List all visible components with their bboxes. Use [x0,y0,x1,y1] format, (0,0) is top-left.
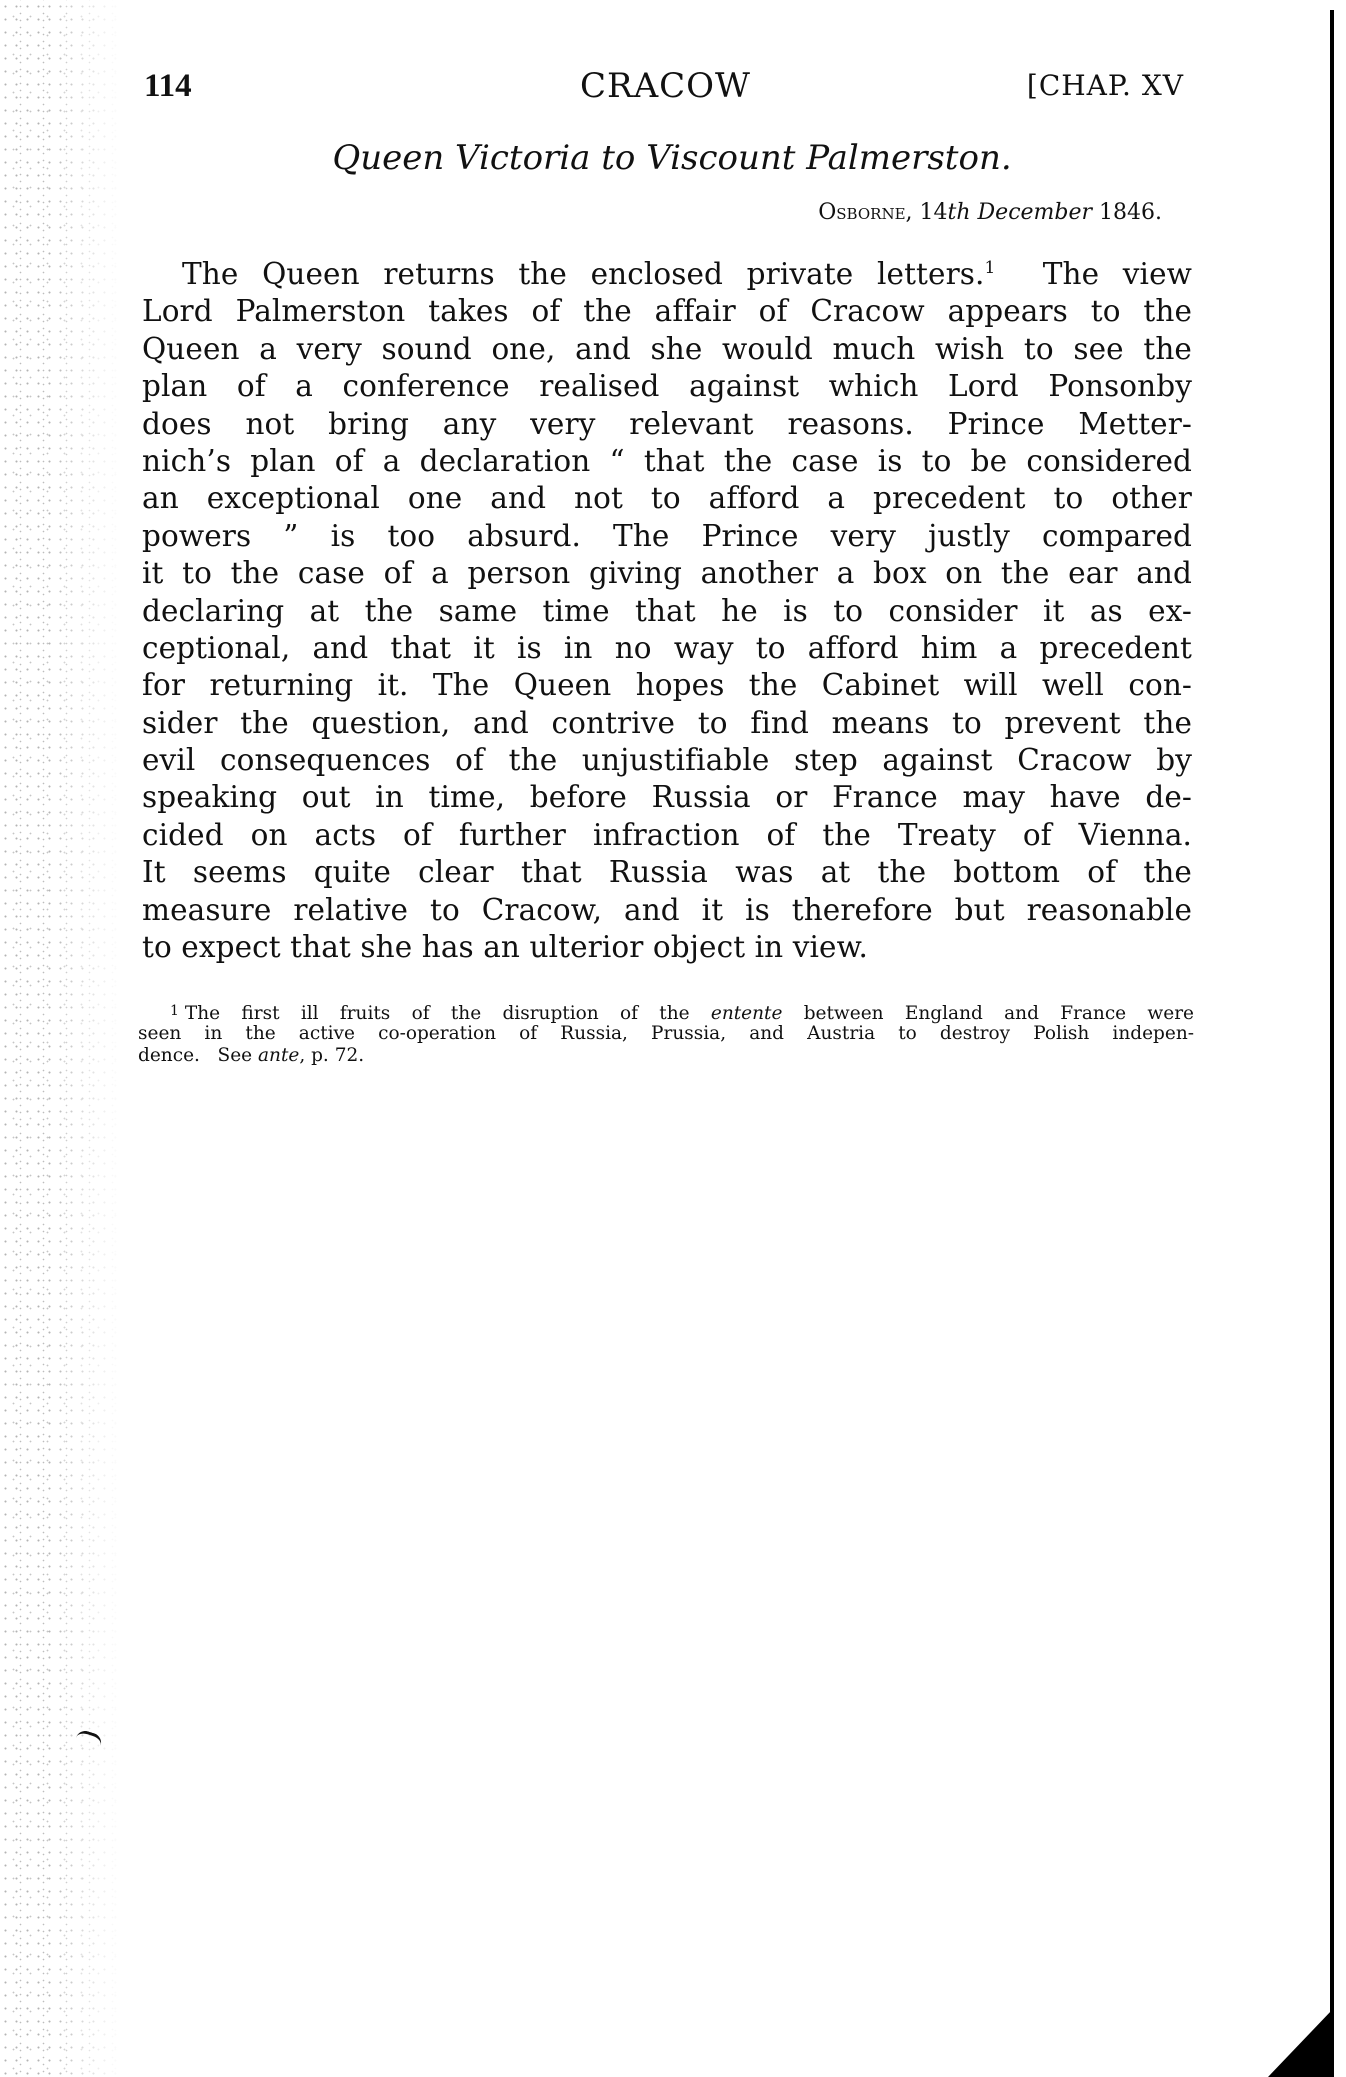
letter-heading: Queen Victoria to Viscount Palmerston. [142,136,1192,180]
body-line: it to the case of a person giving anothe… [142,555,1192,592]
running-title: CRACOW [580,68,751,104]
dateline-place: Osborne, [818,200,912,225]
footnote-line: seen in the active co-operation of Russi… [138,1023,1194,1046]
dateline-day: 14th [920,200,971,225]
page-edge-line [1330,10,1334,2077]
page-number: 114 [144,68,192,104]
running-head: 114 CRACOW [CHAP. XV [142,68,1192,104]
body-line: The Queen returns the enclosed private l… [142,256,1192,293]
body-line: Queen a very sound one, and she would mu… [142,331,1192,368]
body-line: It seems quite clear that Russia was at … [142,854,1192,891]
scan-noise-margin [0,0,120,2077]
body-line: ceptional, and that it is in no way to a… [142,630,1192,667]
body-line: plan of a conference realised against wh… [142,368,1192,405]
chapter-reference: [CHAP. XV [1027,68,1184,104]
body-line: for returning it. The Queen hopes the Ca… [142,667,1192,704]
body-line: does not bring any very relevant reasons… [142,406,1192,443]
footnote-line: 1The first ill fruits of the disruption … [138,1000,1194,1023]
body-line: sider the question, and contrive to find… [142,705,1192,742]
body-line: an exceptional one and not to afford a p… [142,480,1192,517]
letter-body: The Queen returns the enclosed private l… [142,256,1192,966]
body-line: Lord Palmerston takes of the affair of C… [142,293,1192,330]
footnote: 1The first ill fruits of the disruption … [138,1000,1194,1068]
body-line: nich’s plan of a declaration “ that the … [142,443,1192,480]
dateline-year: 1846. [1099,200,1162,225]
body-line: powers ” is too absurd. The Prince very … [142,518,1192,555]
body-line: to expect that she has an ulterior objec… [142,929,1192,966]
dateline: Osborne, 14th December 1846. [142,198,1162,228]
body-line: declaring at the same time that he is to… [142,593,1192,630]
body-line: measure relative to Cracow, and it is th… [142,892,1192,929]
footnote-reference[interactable]: 1 [985,258,996,278]
body-line: cided on acts of further infraction of t… [142,817,1192,854]
body-line: speaking out in time, before Russia or F… [142,779,1192,816]
footnote-number: 1 [170,1003,179,1019]
body-line: evil consequences of the unjustifiable s… [142,742,1192,779]
scan-corner-artifact [1268,2010,1332,2077]
dateline-month: December [978,200,1092,225]
footnote-line: dence. See ante, p. 72. [138,1045,1194,1068]
